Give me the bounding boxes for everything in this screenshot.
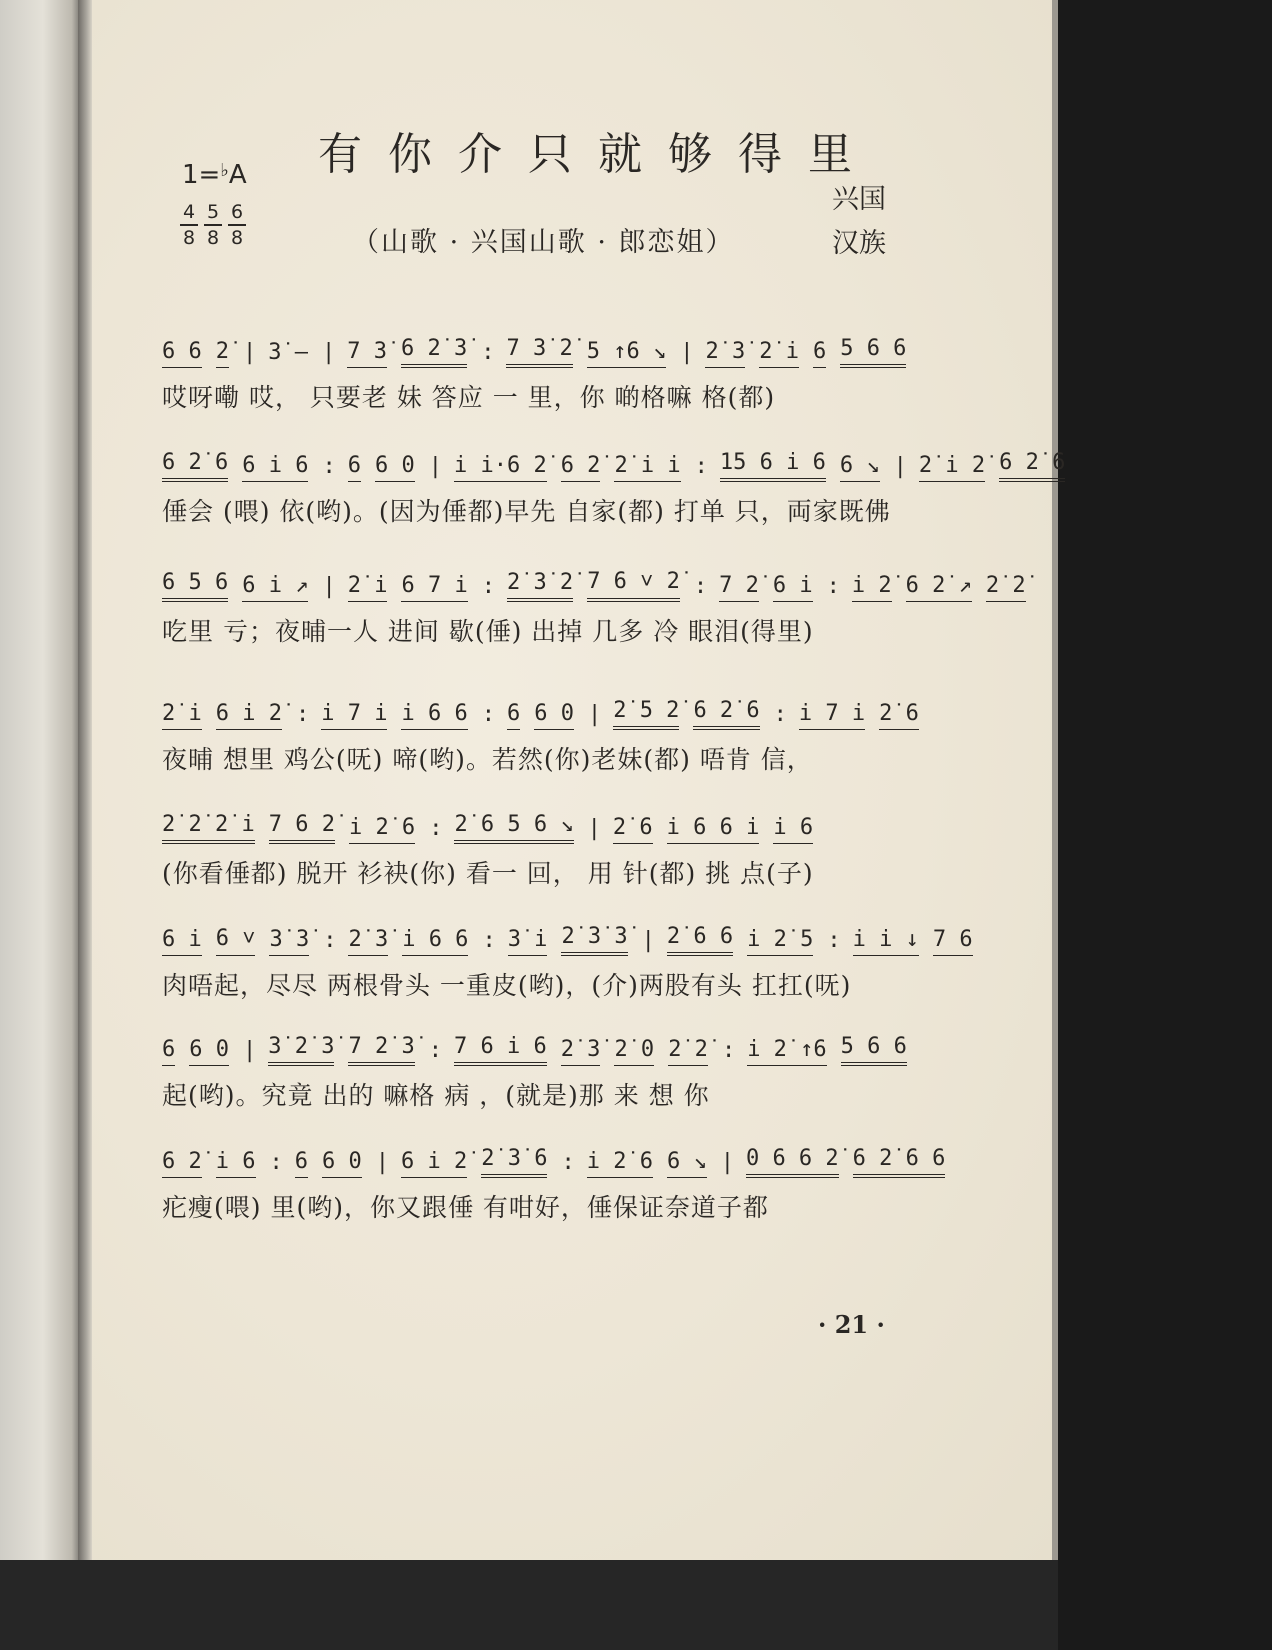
notation-system-4: 2̇ i6 i 2̇:i 7 ii 6 6:66 0|2̇ 5 2̇6 2̇ 6… [162,680,922,776]
dotted-barline: : [774,702,787,730]
note-group: 3̇ — [268,340,308,368]
note-group: 6 ˅ [216,926,256,956]
note-group: 6 6 [162,339,202,368]
note-group: 6 i 2̇ [401,1149,467,1178]
note-group: 7 2̇ [719,573,759,602]
dotted-barline: : [482,574,495,602]
flat-sign: ♭ [220,160,229,181]
note-group: 6 2̇ 3̇ [401,336,467,368]
note-group: 2̇ 2̇ 2̇ i [162,812,255,844]
dotted-barline: : [482,702,495,730]
time-signature: 68 [228,202,246,248]
dotted-barline: : [695,454,708,482]
note-group: 6 5 6 [162,570,228,602]
note-group: 6 [348,453,361,482]
barline: | [588,702,601,730]
notation-system-8: 6 2̇i 6:66 0|6 i 2̇2̇ 3̇ 6:i 2̇ 66 ↘|0 6… [162,1128,922,1224]
dotted-barline: : [827,928,840,956]
note-group: i 2̇ ↑6 [747,1037,826,1066]
dotted-barline: : [481,340,494,368]
note-group: 2̇ 3̇ 2̇ [507,570,573,602]
note-group: 6 2̇ 6 6 [853,1146,946,1178]
barline: | [894,454,907,482]
note-group: 7 6 ˅ 2̇ [587,569,680,602]
note-group: 2̇ 6 [879,701,919,730]
lyrics-line: 吃里 亏；夜晡一人 进间 歇(倕) 出掉 几多 冷 眼泪(得里) [162,612,922,648]
notation-line: 6 2̇ 66 i 6:66 0|i i·6 2̇6 2̇2̇ i i:15 6… [162,432,922,482]
time-signature: 48 [180,202,198,248]
book-gutter [78,0,92,1560]
notation-line: 2̇ i6 i 2̇:i 7 ii 6 6:66 0|2̇ 5 2̇6 2̇ 6… [162,680,922,730]
notation-system-3: 6 5 66 i ↗|2̇ i6 7 i:2̇ 3̇ 2̇7 6 ˅ 2̇:7 … [162,552,922,648]
notation-line: 6 i6 ˅3̇ 3̇:2̇ 3̇i 6 6:3̇ i2̇ 3̇ 3̇|2̇ 6… [162,906,922,956]
note-group: 6 2̇ ↗ [906,573,972,602]
barline: | [642,928,655,956]
page-edge [1052,0,1058,1560]
dotted-barline: : [482,928,495,956]
note-group: 7 6 2̇ [269,812,335,844]
notation-line: 2̇ 2̇ 2̇ i7 6 2̇i 2̇ 6:2̇ 6 5 6 ↘|2̇ 6i … [162,794,922,844]
note-group: 2̇ 2̇ [668,1037,708,1066]
notation-line: 66 0|3̇ 2̇ 3̇7 2̇ 3̇:7 6 i 62̇ 3̇2̇ 02̇ … [162,1016,922,1066]
lyrics-line: 夜晡 想里 鸡公(呒) 啼(哟)。若然(你)老妹(都) 唔肯 信， [162,740,922,776]
note-group: 2̇ i [162,701,202,730]
note-group: 2̇ 6 6 [667,924,733,956]
note-group: 5 6 6 [841,1034,907,1066]
notation-system-5: 2̇ 2̇ 2̇ i7 6 2̇i 2̇ 6:2̇ 6 5 6 ↘|2̇ 6i … [162,794,922,890]
barline: | [322,574,335,602]
meter-denominator: 8 [183,228,195,248]
note-group: i 2̇ 6 [587,1149,653,1178]
note-group: i 6 [216,1149,256,1178]
barline: | [588,816,601,844]
note-group: 6 ↘ [667,1149,707,1178]
dotted-barline: : [429,816,442,844]
note-group: 6 ↘ [840,453,880,482]
time-signatures: 48 58 68 [180,202,246,248]
note-group: 6 0 [322,1149,362,1178]
note-group: 2̇ i i [614,453,680,482]
note-group: 5 ↑6 ↘ [587,339,666,368]
note-group: 2̇ 2̇ [986,573,1026,602]
song-subtitle: （山歌 · 兴国山歌 · 郎恋姐） [352,220,735,259]
note-group: 3̇ 3̇ [269,927,309,956]
note-group: i 6 [773,815,813,844]
barline: | [243,340,256,368]
dotted-barline: : [323,928,336,956]
note-group: 6 i 6 [242,453,308,482]
note-group: i 6 6 i [667,815,760,844]
note-group: 6 0 [189,1037,229,1066]
note-group: 2̇ 3̇ [705,339,745,368]
note-group: 6 i ↗ [242,573,308,602]
key-note: A [229,160,247,190]
note-group: 3̇ i [508,927,548,956]
notation-line: 6 62̇|3̇ —|7 3̇6 2̇ 3̇:7 3̇ 2̇5 ↑6 ↘|2̇ … [162,318,922,368]
note-group: i 2̇ 6 [349,815,415,844]
key-main: 1= [182,160,220,190]
dotted-barline: : [722,1038,735,1066]
note-group: i 7 i [799,701,865,730]
note-group: 6 i [162,927,202,956]
origin-place: 兴国 [832,178,886,222]
lyrics-line: 疕瘦(喂) 里(哟)，你又跟倕 有咁好，倕保证奈道子都 [162,1188,922,1224]
key-signature: 1=♭A [182,160,247,190]
barline: | [680,340,693,368]
dotted-barline: : [429,1038,442,1066]
song-title: 有你介只就够得里 [318,118,878,182]
note-group: 2̇ 3̇ [348,927,388,956]
note-group: 6 0 [534,701,574,730]
meter-numerator: 4 [183,202,195,222]
note-group: 6 2̇ [162,1149,202,1178]
barline: | [322,340,335,368]
note-group: 6 2̇ 6 [999,450,1065,482]
dotted-barline: : [827,574,840,602]
facing-page-edge [0,0,78,1560]
note-group: 0 6 6 2̇ [746,1146,839,1178]
note-group: 15 6 i 6 [720,450,826,482]
barline: | [376,1150,389,1178]
note-group: 5 6 6 [840,336,906,368]
note-group: 6 i [773,573,813,602]
note-group: 2̇ 3̇ [561,1037,601,1066]
note-group: 7 2̇ 3̇ [348,1034,414,1066]
note-group: i i ↓ [853,927,919,956]
notation-system-1: 6 62̇|3̇ —|7 3̇6 2̇ 3̇:7 3̇ 2̇5 ↑6 ↘|2̇ … [162,318,922,414]
dotted-barline: : [561,1150,574,1178]
page-number: · 21 · [818,1310,885,1339]
note-group: 2̇ 6 5 6 ↘ [454,812,573,844]
note-group: 6 [295,1149,308,1178]
note-group: i 2̇ 5 [747,927,813,956]
lyrics-line: (你看倕都) 脱开 衫袂(你) 看一 回， 用 针(都) 挑 点(子) [162,854,922,890]
time-signature: 58 [204,202,222,248]
note-group: 6 i 2̇ [216,701,282,730]
notation-line: 6 2̇i 6:66 0|6 i 2̇2̇ 3̇ 6:i 2̇ 66 ↘|0 6… [162,1128,922,1178]
note-group: 2̇ i [348,573,388,602]
barline: | [243,1038,256,1066]
barline: | [721,1150,734,1178]
note-group: 2̇ i [759,339,799,368]
lyrics-line: 倕会 (喂) 依(哟)。(因为倕都)早先 自家(都) 打单 只，両家既佛 [162,492,922,528]
note-group: 6 0 [375,453,415,482]
note-group: i 7 i [321,701,387,730]
note-group: i 6 6 [401,701,467,730]
note-group: 6 2̇ 6 [693,698,759,730]
barline: | [429,454,442,482]
note-group: 6 2̇ 6 [162,450,228,482]
dotted-barline: : [270,1150,283,1178]
note-group: 2̇ 3̇ 3̇ [561,924,627,956]
lyrics-line: 肉唔起，尽尽 两根骨头 一重皮(哟)，(介)两股有头 扛扛(呒) [162,966,922,1002]
note-group: 6 [813,339,826,368]
note-group: i 6 6 [402,927,468,956]
meter-numerator: 6 [231,202,243,222]
meter-denominator: 8 [207,228,219,248]
note-group: 2̇ 5 2̇ [613,698,679,730]
note-group: 2̇ 0 [614,1037,654,1066]
note-group: 7 3̇ 2̇ [506,336,572,368]
note-group: i i·6 2̇ [454,453,547,482]
note-group: 7 3̇ [347,339,387,368]
note-group: i 2̇ [852,573,892,602]
note-group: 6 [507,701,520,730]
notation-line: 6 5 66 i ↗|2̇ i6 7 i:2̇ 3̇ 2̇7 6 ˅ 2̇:7 … [162,552,922,602]
note-group: 6 2̇ [561,453,601,482]
dotted-barline: : [296,702,309,730]
dotted-barline: : [322,454,335,482]
note-group: 2̇ [216,339,229,368]
origin-people: 汉族 [832,222,886,266]
notation-system-6: 6 i6 ˅3̇ 3̇:2̇ 3̇i 6 6:3̇ i2̇ 3̇ 3̇|2̇ 6… [162,906,922,1002]
notation-system-7: 66 0|3̇ 2̇ 3̇7 2̇ 3̇:7 6 i 62̇ 3̇2̇ 02̇ … [162,1016,922,1112]
song-origin: 兴国 汉族 [832,178,886,266]
note-group: 7 6 [933,927,973,956]
note-group: 7 6 i 6 [454,1034,547,1066]
note-group: 2̇ 6 [613,815,653,844]
note-group: 2̇ 3̇ 6 [481,1146,547,1178]
lyrics-line: 起(哟)。究竟 出的 嘛格 病 ，(就是)那 来 想 你 [162,1076,922,1112]
note-group: 3̇ 2̇ 3̇ [268,1034,334,1066]
note-group: 2̇ i 2̇ [919,453,985,482]
meter-denominator: 8 [231,228,243,248]
notation-system-2: 6 2̇ 66 i 6:66 0|i i·6 2̇6 2̇2̇ i i:15 6… [162,432,922,528]
meter-numerator: 5 [207,202,219,222]
note-group: 6 7 i [401,573,467,602]
note-group: 6 [162,1037,175,1066]
dotted-barline: : [694,574,707,602]
lyrics-line: 哎呀嘞 哎， 只要老 妹 答应 一 里，你 啲格嘛 格(都) [162,378,922,414]
scan-bottom-strip [0,1560,1058,1650]
